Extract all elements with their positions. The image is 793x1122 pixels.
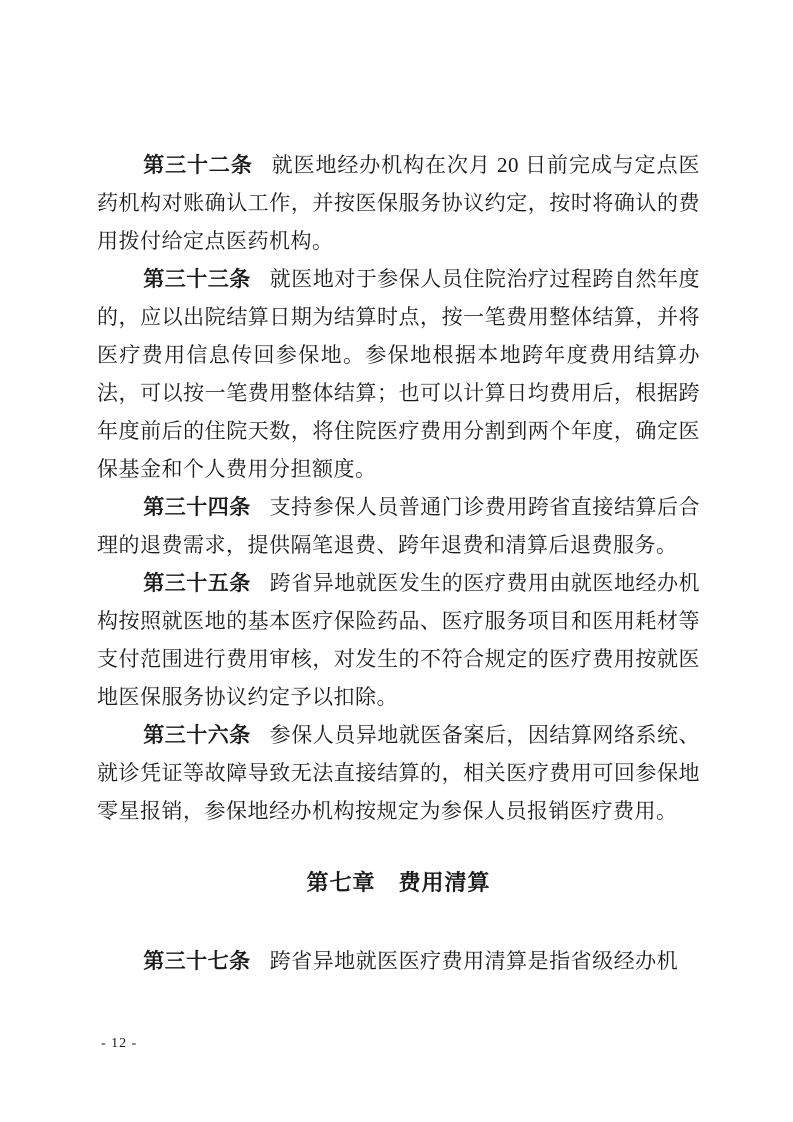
page-content: 第三十二条就医地经办机构在次月 20 日前完成与定点医药机构对账确认工作，并按医… xyxy=(97,146,700,980)
article-number: 第三十七条 xyxy=(143,949,251,973)
article-paragraph-35: 第三十五条跨省异地就医发生的医疗费用由就医地经办机构按照就医地的基本医疗保险药品… xyxy=(97,564,700,716)
article-paragraph-34: 第三十四条支持参保人员普通门诊费用跨省直接结算后合理的退费需求，提供隔笔退费、跨… xyxy=(97,488,700,564)
article-paragraph-36: 第三十六条参保人员异地就医备案后，因结算网络系统、就诊凭证等故障导致无法直接结算… xyxy=(97,716,700,830)
article-number: 第三十六条 xyxy=(143,723,251,747)
article-number: 第三十二条 xyxy=(143,153,253,177)
article-number: 第三十五条 xyxy=(143,571,251,595)
article-number: 第三十三条 xyxy=(143,267,251,291)
document-page: 第三十二条就医地经办机构在次月 20 日前完成与定点医药机构对账确认工作，并按医… xyxy=(0,0,793,1122)
chapter-heading: 第七章 费用清算 xyxy=(97,864,700,902)
article-paragraph-37: 第三十七条跨省异地就医医疗费用清算是指省级经办机 xyxy=(97,942,700,980)
page-number: - 12 - xyxy=(101,1036,137,1052)
article-number: 第三十四条 xyxy=(143,495,251,519)
article-paragraph-32: 第三十二条就医地经办机构在次月 20 日前完成与定点医药机构对账确认工作，并按医… xyxy=(97,146,700,260)
article-text: 就医地对于参保人员住院治疗过程跨自然年度的，应以出院结算日期为结算时点，按一笔费… xyxy=(97,267,700,481)
article-text: 跨省异地就医医疗费用清算是指省级经办机 xyxy=(270,949,679,973)
article-paragraph-33: 第三十三条就医地对于参保人员住院治疗过程跨自然年度的，应以出院结算日期为结算时点… xyxy=(97,260,700,488)
